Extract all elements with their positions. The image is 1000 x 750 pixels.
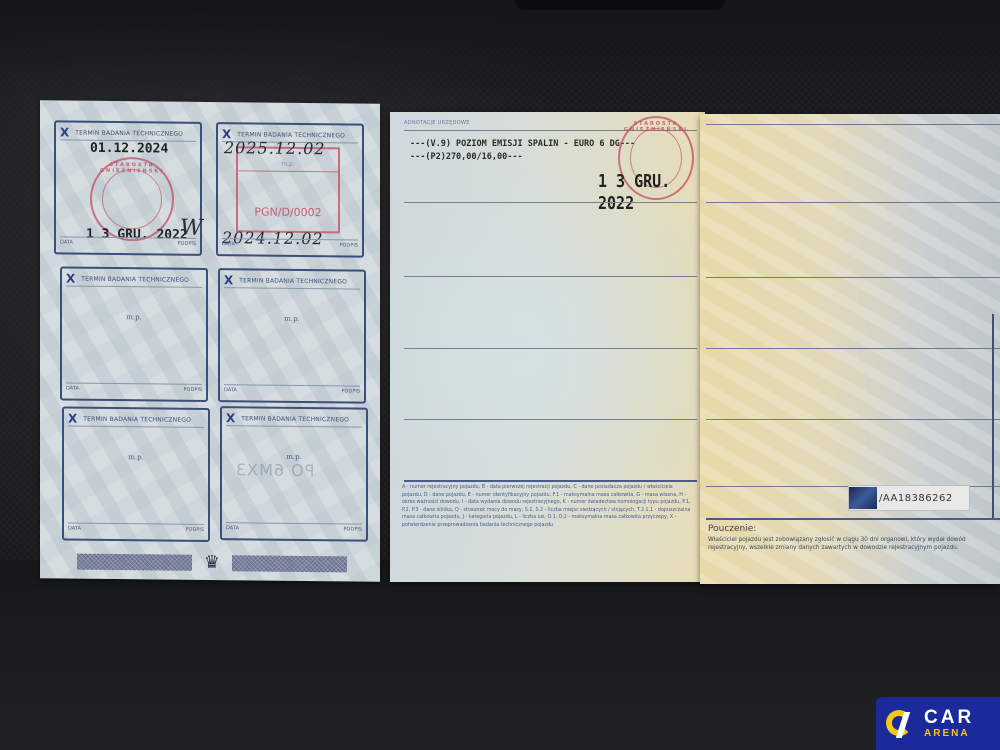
right-page: /AA18386262 Pouczenie: Właściciel pojazd… xyxy=(700,114,1000,584)
inspection-box-title: TERMIN BADANIA TECHNICZNEGO xyxy=(83,415,191,423)
inspection-box-5: XTERMIN BADANIA TECHNICZNEGO m.p. DATAPO… xyxy=(62,406,210,542)
stamp-mp: m.p. xyxy=(238,160,338,168)
annotation-line-2: ---(P2)270,00/16,00--- xyxy=(410,152,523,162)
guilloche-pattern xyxy=(77,554,192,571)
station-code: PGN/D/0002 xyxy=(238,205,338,219)
station-rect-stamp: m.p. PGN/D/0002 xyxy=(236,146,340,233)
inspection-box-1: X TERMIN BADANIA TECHNICZNEGO 01.12.2024… xyxy=(54,120,202,256)
inspection-box-footer: DATA PODPIS xyxy=(60,236,196,250)
signature-label: PODPIS xyxy=(178,241,196,251)
data-label: DATA xyxy=(222,241,235,251)
notice-title: Pouczenie: xyxy=(708,524,756,534)
inspection-box-title: TERMIN BADANIA TECHNICZNEGO xyxy=(239,277,347,285)
inspection-box-2: X TERMIN BADANIA TECHNICZNEGO m.p. PGN/D… xyxy=(216,122,364,258)
field-legend: A - numer rejestracyjny pojazdu, B - dat… xyxy=(402,484,692,529)
x-marker-icon: X xyxy=(66,271,75,285)
signature-label: PODPIS xyxy=(184,387,202,397)
signature-label: PODPIS xyxy=(344,526,362,536)
inspection-box-title: TERMIN BADANIA TECHNICZNEGO xyxy=(75,129,183,137)
mirrored-bleed-text: PO 6MX3 xyxy=(235,460,314,480)
car-arena-logo-icon xyxy=(886,708,916,740)
data-label: DATA xyxy=(66,385,79,395)
seat-fabric xyxy=(0,560,1000,750)
inspection-box-4: XTERMIN BADANIA TECHNICZNEGO m.p. DATAPO… xyxy=(218,268,366,404)
serial-number-label: /AA18386262 xyxy=(848,485,970,511)
data-label: DATA xyxy=(224,387,237,397)
background-shadow xyxy=(0,0,1000,100)
data-label: DATA xyxy=(68,526,81,536)
emblem-bar: ♛ xyxy=(77,551,347,576)
polish-eagle-icon: ♛ xyxy=(200,552,224,574)
guilloche-pattern xyxy=(232,555,347,572)
mp-label: m.p. xyxy=(62,312,206,322)
signature-label: PODPIS xyxy=(342,388,360,398)
annotation-line-1: ---(V.9) POZIOM EMISJI SPALIN - EURO 6 D… xyxy=(410,139,635,149)
x-marker-icon: X xyxy=(224,273,233,287)
signature-label: PODPIS xyxy=(340,242,358,252)
signature-label: PODPIS xyxy=(186,527,204,537)
handwritten-next-date: 2025.12.02 xyxy=(224,138,326,158)
data-label: DATA xyxy=(60,239,73,249)
data-label: DATA xyxy=(226,525,239,535)
brand-name-line2: ARENA xyxy=(924,729,974,739)
mp-label: m.p. xyxy=(220,314,364,324)
x-marker-icon: X xyxy=(68,412,77,426)
dark-object-top xyxy=(515,0,725,10)
notice-body: Właściciel pojazdu jest zobowiązany zgło… xyxy=(708,536,978,552)
mp-label: m.p. xyxy=(64,452,208,462)
stamp-text: STAROSTA GNIEŹNIEŃSKI xyxy=(620,121,692,133)
annotations-header: ADNOTACJE URZĘDOWE xyxy=(404,120,470,126)
brand-name-line1: CAR xyxy=(924,708,974,727)
inspection-box-title: TERMIN BADANIA TECHNICZNEGO xyxy=(241,415,349,423)
inspection-box-3: XTERMIN BADANIA TECHNICZNEGO m.p. DATAPO… xyxy=(60,266,208,402)
x-marker-icon: X xyxy=(226,411,235,425)
inspection-box-header: X TERMIN BADANIA TECHNICZNEGO xyxy=(60,125,196,141)
next-inspection-date: 01.12.2024 xyxy=(90,141,168,157)
left-page-inspections: X TERMIN BADANIA TECHNICZNEGO 01.12.2024… xyxy=(40,100,380,582)
stamp-date: 1 3 GRU. 2022 xyxy=(598,170,705,213)
hologram-icon xyxy=(849,487,877,509)
middle-page-annotations: ADNOTACJE URZĘDOWE ---(V.9) POZIOM EMISJ… xyxy=(390,112,705,582)
serial-number: /AA18386262 xyxy=(879,493,953,504)
inspection-box-footer: DATA PODPIS xyxy=(222,238,358,252)
x-marker-icon: X xyxy=(60,125,69,139)
inspection-box-title: TERMIN BADANIA TECHNICZNEGO xyxy=(81,275,189,283)
stamp-text: STAROSTA GNIEŹNIEŃSKI xyxy=(92,162,172,175)
car-arena-watermark: CAR ARENA xyxy=(876,697,1000,750)
